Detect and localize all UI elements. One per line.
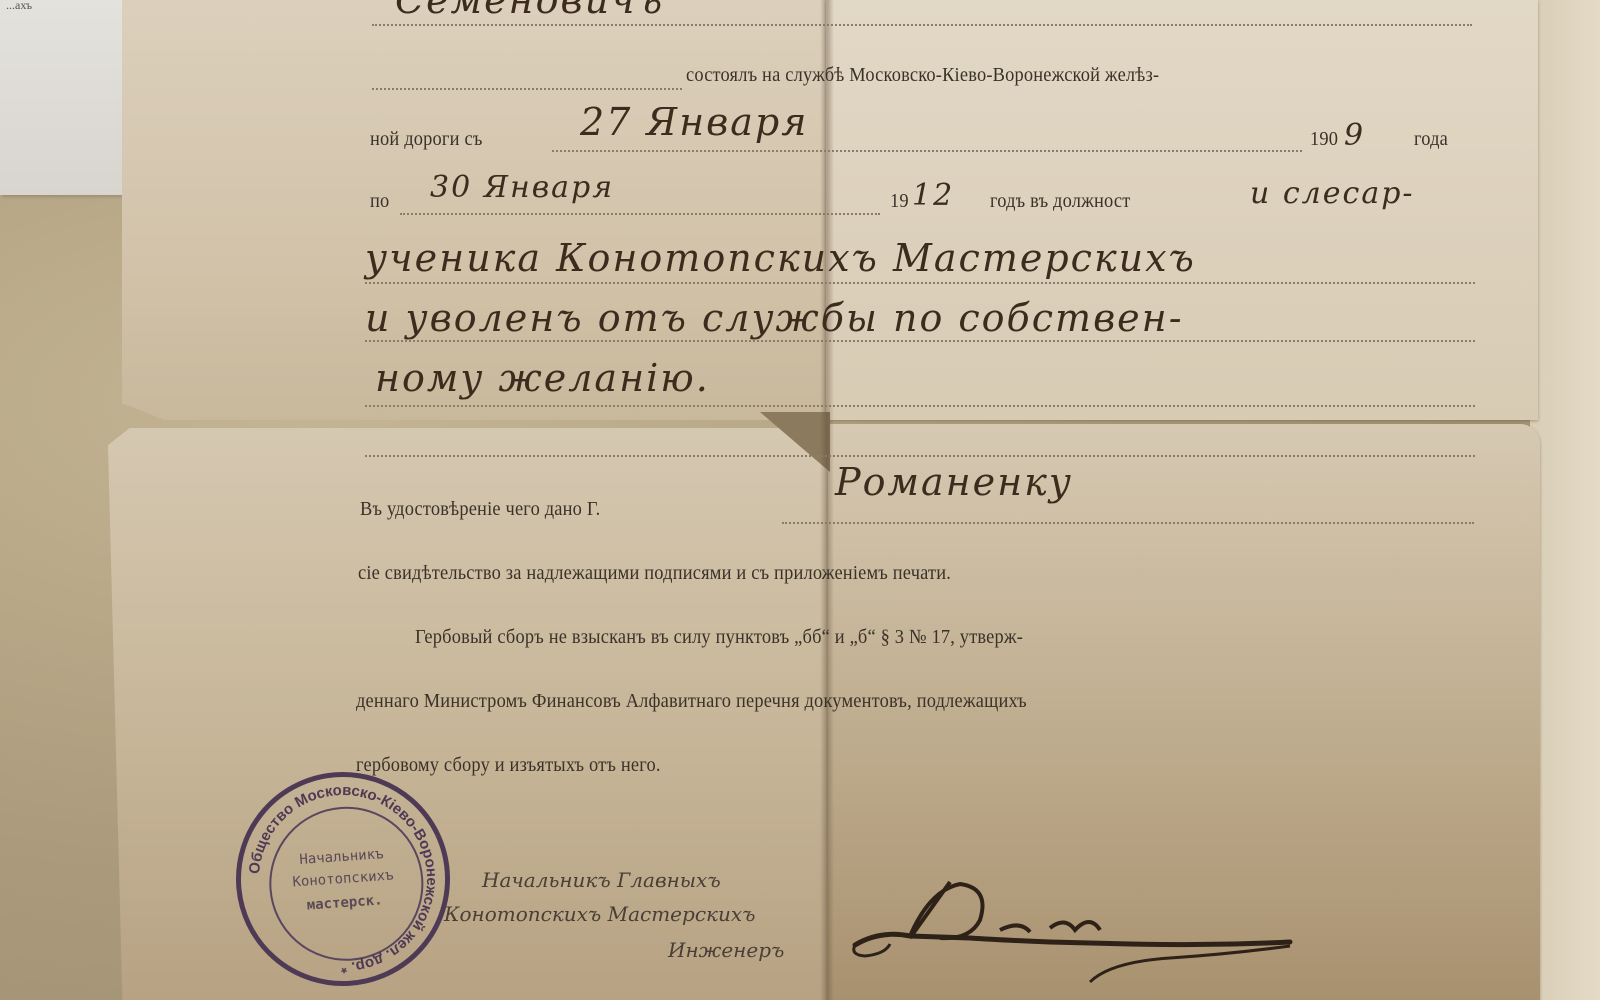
- signature-title-line-2: Конотопскихъ Мастерскихъ: [444, 902, 755, 926]
- handwritten-line-4: ученика Конотопскихъ Мастерскихъ: [365, 236, 1196, 280]
- printed-line-9: Гербовый сборъ не взысканъ въ силу пункт…: [415, 626, 1023, 649]
- dotted-line: [400, 213, 880, 215]
- printed-year-prefix-2: 19: [890, 190, 909, 213]
- printed-line-8: сіе свидѣтельство за надлежащими подпися…: [358, 562, 951, 585]
- white-card: ...ахъ: [0, 0, 126, 195]
- printed-line-2-end: года: [1414, 128, 1448, 151]
- signature-title-line-1: Начальникъ Главныхъ: [482, 868, 721, 892]
- dotted-line: [372, 24, 1472, 26]
- handwritten-start-date: 27 Января: [580, 100, 808, 144]
- dotted-line: [365, 455, 1475, 457]
- dotted-line: [372, 88, 682, 90]
- dotted-line: [365, 405, 1475, 407]
- handwritten-year-digits-2: 12: [912, 178, 954, 213]
- official-stamp: Общество Московско-Кіево-Воронежской жел…: [229, 765, 457, 993]
- handwritten-end-date: 30 Января: [430, 170, 614, 205]
- handwritten-line-5: и уволенъ отъ службы по собствен-: [365, 296, 1184, 340]
- handwritten-position: и слесар-: [1250, 176, 1415, 211]
- dotted-line: [365, 282, 1475, 284]
- signature-title-line-3: Инженеръ: [668, 938, 784, 962]
- handwritten-signature: [850, 870, 1410, 990]
- printed-line-10: деннаго Министромъ Финансовъ Алфавитнаго…: [356, 690, 1027, 713]
- background-surface-right: [1530, 0, 1600, 1000]
- handwritten-line-6: ному желанію.: [375, 356, 710, 400]
- dotted-line: [552, 150, 1302, 152]
- dotted-line: [365, 340, 1475, 342]
- printed-line-1: состоялъ на службѣ Московско-Кіево-Ворон…: [686, 64, 1159, 87]
- handwritten-patronymic: Семеновичъ: [395, 0, 664, 22]
- printed-line-2-start: ной дороги съ: [370, 128, 483, 151]
- card-fragment-text: ...ахъ: [6, 0, 32, 13]
- printed-line-3-start: по: [370, 190, 389, 213]
- dotted-line: [782, 522, 1474, 524]
- printed-line-7: Въ удостовѣреніе чего дано Г.: [360, 498, 600, 521]
- handwritten-recipient-name: Романенку: [835, 460, 1073, 504]
- handwritten-year-digit-1: 9: [1344, 118, 1365, 153]
- printed-year-prefix-1: 190: [1310, 128, 1338, 151]
- printed-line-3-mid: годъ въ должност: [990, 190, 1130, 213]
